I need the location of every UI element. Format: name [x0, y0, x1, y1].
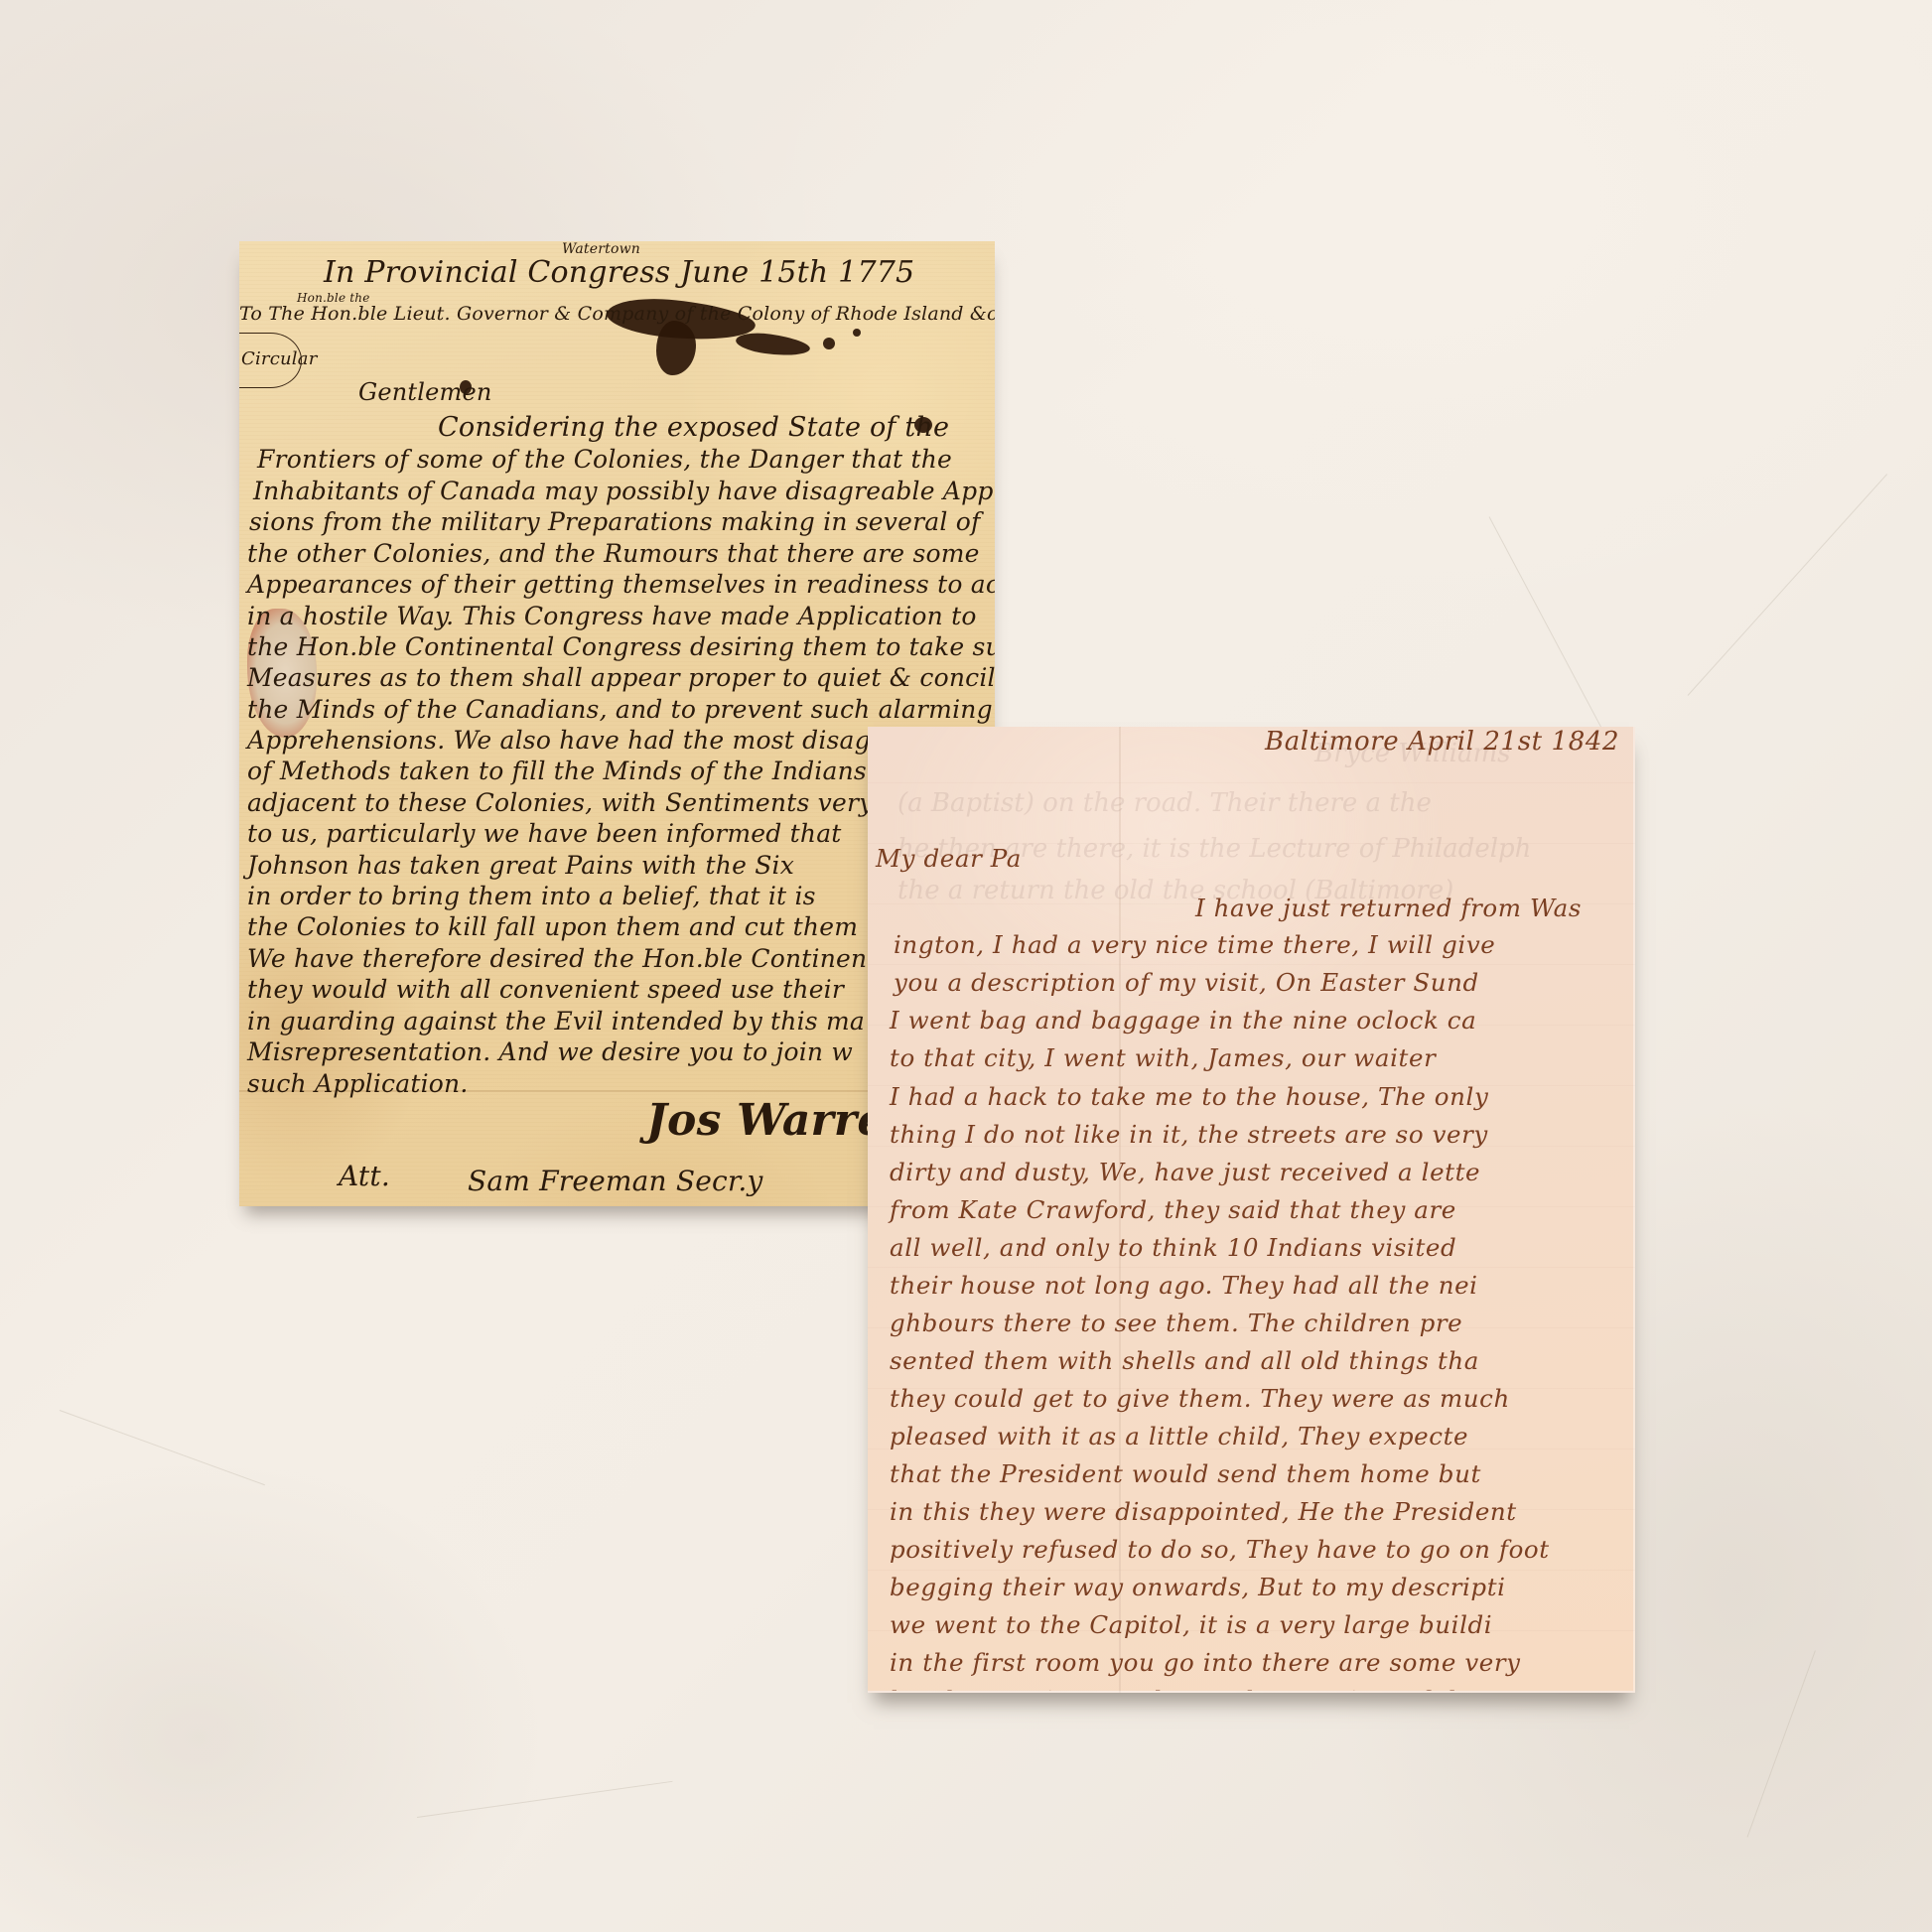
salutation: Gentlemen	[358, 378, 492, 406]
body-line: in this they were disappointed, He the P…	[890, 1497, 1517, 1526]
body-line: in a hostile Way. This Congress have mad…	[247, 602, 977, 630]
body-line: to that city, I went with, James, our wa…	[890, 1043, 1436, 1072]
body-line: Johnson has taken great Pains with the S…	[247, 851, 794, 880]
body-line: positively refused to do so, They have t…	[890, 1535, 1550, 1564]
body-line: I went bag and baggage in the nine ocloc…	[890, 1006, 1476, 1035]
letter-heading: In Provincial Congress June 15th 1775	[324, 255, 914, 290]
body-line: their house not long ago. They had all t…	[890, 1271, 1478, 1300]
secretary-signature: Sam Freeman Secr.y	[468, 1165, 763, 1197]
margin-note-circular: Circular	[241, 348, 318, 369]
ink-blot	[735, 330, 811, 359]
body-line: sions from the military Preparations mak…	[249, 507, 980, 536]
body-line: in order to bring them into a belief, th…	[247, 882, 816, 910]
body-line: Misrepresentation. And we desire you to …	[247, 1037, 853, 1066]
body-line: you a description of my visit, On Easter…	[894, 968, 1479, 997]
body-line: the Minds of the Canadians, and to preve…	[247, 695, 993, 724]
body-line: dirty and dusty, We, have just received …	[890, 1158, 1480, 1186]
body-line: they could get to give them. They were a…	[890, 1384, 1510, 1413]
body-line: We have therefore desired the Hon.ble Co…	[247, 944, 900, 973]
body-line: they would with all convenient speed use…	[247, 975, 844, 1004]
body-line: all well, and only to think 10 Indians v…	[890, 1233, 1456, 1262]
letter-1842-page: Bryce Williams (a Baptist) on the road. …	[868, 727, 1635, 1693]
body-line: the Hon.ble Continental Congress desirin…	[247, 632, 995, 661]
body-line: Measures as to them shall appear proper …	[247, 663, 995, 692]
salutation: My dear Pa	[876, 844, 1022, 873]
body-line: pleased with it as a little child, They …	[890, 1422, 1468, 1450]
addressee-line: To The Hon.ble Lieut. Governor & Company…	[239, 303, 995, 325]
body-line: the other Colonies, and the Rumours that…	[247, 539, 980, 568]
body-line: adjacent to these Colonies, with Sentime…	[247, 788, 873, 817]
body-line: I had a hack to take me to the house, Th…	[890, 1082, 1488, 1111]
body-line: Inhabitants of Canada may possibly have …	[253, 477, 995, 505]
body-line: handsome pictures there, The prettiest o…	[890, 1686, 1502, 1693]
body-line: sented them with shells and all old thin…	[890, 1346, 1479, 1375]
backdrop-crack	[1688, 474, 1887, 696]
backdrop-crack	[417, 1781, 673, 1818]
backdrop-crack	[1747, 1650, 1816, 1837]
body-line: begging their way onwards, But to my des…	[890, 1573, 1506, 1601]
ink-blot	[656, 321, 696, 375]
body-line: such Application.	[247, 1069, 468, 1098]
body-line: we went to the Capitol, it is a very lar…	[890, 1610, 1492, 1639]
body-line: to us, particularly we have been informe…	[247, 819, 842, 848]
backdrop-crack	[60, 1410, 265, 1485]
attestation-label: Att.	[339, 1160, 390, 1192]
body-line: of Methods taken to fill the Minds of th…	[247, 757, 867, 785]
bleed-through-text: (a Baptist) on the road. Their there a t…	[897, 788, 1432, 818]
body-line: Considering the exposed State of the	[438, 412, 949, 443]
body-line: in guarding against the Evil intended by…	[247, 1007, 865, 1035]
ink-blot	[853, 329, 861, 337]
body-line: ington, I had a very nice time there, I …	[894, 930, 1495, 959]
backdrop-crack	[1489, 516, 1611, 745]
body-line: I have just returned from Was	[1195, 894, 1582, 922]
body-line: thing I do not like in it, the streets a…	[890, 1120, 1488, 1149]
body-line: the Colonies to kill fall upon them and …	[247, 912, 858, 941]
body-line: from Kate Crawford, they said that they …	[890, 1195, 1456, 1224]
body-line: in the first room you go into there are …	[890, 1648, 1521, 1677]
body-line: that the President would send them home …	[890, 1459, 1481, 1488]
body-line: ghbours there to see them. The children …	[890, 1309, 1462, 1337]
ink-blot	[823, 338, 835, 349]
dateline: Baltimore April 21st 1842	[1265, 727, 1619, 757]
body-line: Appearances of their getting themselves …	[247, 570, 995, 599]
body-line: Frontiers of some of the Colonies, the D…	[257, 445, 952, 474]
